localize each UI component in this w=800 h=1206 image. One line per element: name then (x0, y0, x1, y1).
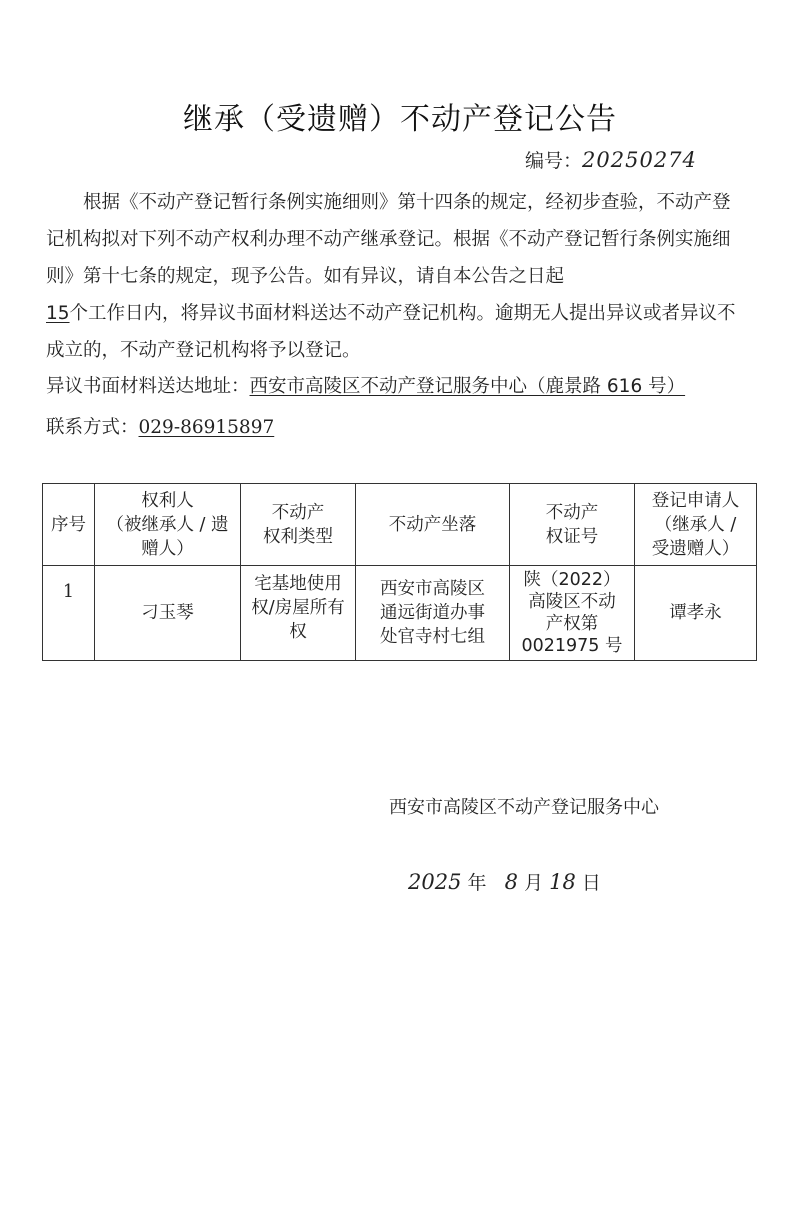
header-cert-no: 不动产权证号 (510, 484, 635, 566)
header-location: 不动产坐落 (356, 484, 510, 566)
cell-holder: 刁玉琴 (95, 566, 241, 661)
date-month-unit: 月 (524, 872, 543, 894)
property-table: 序号 权利人（被继承人 / 遗赠人） 不动产权利类型 不动产坐落 不动产权证号 … (42, 483, 757, 661)
header-applicant: 登记申请人（继承人 /受遗赠人） (635, 484, 757, 566)
date-month: 8 (505, 870, 518, 894)
document-title: 继承（受遗赠）不动产登记公告 (0, 94, 800, 138)
objection-address: 异议书面材料送达地址：西安市高陵区不动产登记服务中心（鹿景路 616 号） (46, 372, 685, 398)
table-row: 1 刁玉琴 宅基地使用权/房屋所有权 西安市高陵区通远街道办事处官寺村七组 陕（… (43, 566, 757, 661)
date-day: 18 (549, 870, 576, 894)
contact-info: 联系方式：029-86915897 (46, 413, 274, 439)
cell-right-type: 宅基地使用权/房屋所有权 (241, 566, 356, 661)
date-year: 2025 (408, 870, 461, 894)
document-number-label: 编号： (525, 150, 582, 172)
header-seq: 序号 (43, 484, 95, 566)
header-right-type: 不动产权利类型 (241, 484, 356, 566)
table-header-row: 序号 权利人（被继承人 / 遗赠人） 不动产权利类型 不动产坐落 不动产权证号 … (43, 484, 757, 566)
contact-value: 029-86915897 (139, 417, 275, 438)
address-label: 异议书面材料送达地址： (46, 376, 250, 397)
contact-label: 联系方式： (46, 417, 139, 438)
header-holder: 权利人（被继承人 / 遗赠人） (95, 484, 241, 566)
notice-page: 继承（受遗赠）不动产登记公告 编号：20250274 根据《不动产登记暂行条例实… (0, 0, 800, 1206)
issue-date: 2025 年 8 月 18 日 (408, 868, 601, 895)
date-day-unit: 日 (582, 872, 601, 894)
document-number-value: 20250274 (582, 148, 697, 172)
notice-days: 15 (46, 303, 70, 324)
date-year-unit: 年 (468, 872, 487, 894)
document-number: 编号：20250274 (525, 146, 697, 173)
notice-body: 根据《不动产登记暂行条例实施细则》第十四条的规定，经初步查验，不动产登记机构拟对… (46, 184, 736, 369)
notice-text-after-days: 个工作日内，将异议书面材料送达不动产登记机构。逾期无人提出异议或者异议不成立的，… (46, 303, 736, 361)
cell-applicant: 谭孝永 (635, 566, 757, 661)
cell-cert-no: 陕（2022）高陵区不动产权第0021975 号 (510, 566, 635, 661)
issuer-signature: 西安市高陵区不动产登记服务中心 (389, 793, 659, 819)
notice-text: 根据《不动产登记暂行条例实施细则》第十四条的规定，经初步查验，不动产登记机构拟对… (46, 192, 731, 287)
address-value: 西安市高陵区不动产登记服务中心（鹿景路 616 号） (250, 376, 686, 397)
cell-location: 西安市高陵区通远街道办事处官寺村七组 (356, 566, 510, 661)
cell-seq: 1 (43, 566, 95, 661)
